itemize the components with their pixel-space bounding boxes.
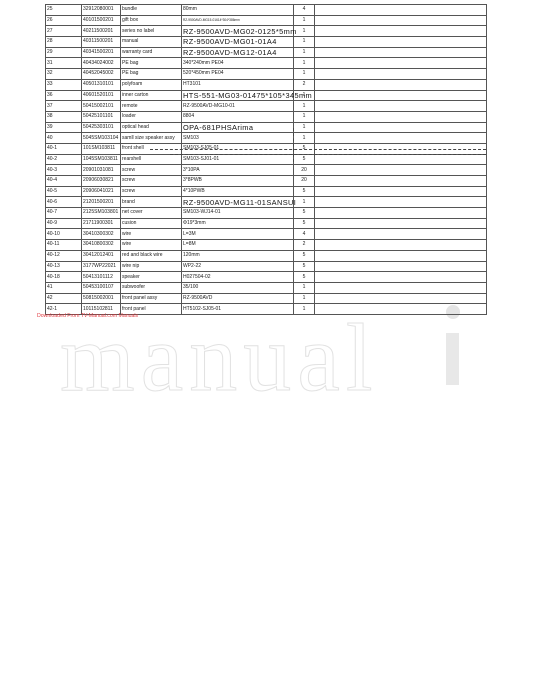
- cell-no: 39: [46, 122, 82, 133]
- cell-spec: 8804: [182, 111, 294, 122]
- cell-code: 21711900301: [82, 218, 121, 229]
- cell-qty: 5: [294, 208, 315, 219]
- cell-remark: [315, 58, 487, 69]
- cell-code: 40452045002: [82, 69, 121, 80]
- cell-spec: Φ19*3mm: [182, 218, 294, 229]
- cell-spec: SM103-SJ01-01: [182, 154, 294, 165]
- cell-no: 32: [46, 69, 82, 80]
- cell-remark: [315, 218, 487, 229]
- cell-code: 101SM103811: [82, 143, 121, 154]
- cell-qty: 20: [294, 176, 315, 187]
- cell-qty: 1: [294, 304, 315, 315]
- table-row: 40-621201500201brandRZ-9500AVD-MG11-01SA…: [46, 197, 487, 208]
- cell-code: 40601520101: [82, 90, 121, 101]
- cell-no: 40-11: [46, 240, 82, 251]
- cell-no: 37: [46, 101, 82, 112]
- table-row: 40-1850413101112speakerH027504-025: [46, 272, 487, 283]
- watermark-text: manual: [60, 318, 480, 398]
- table-row: 3950425303101optical headOPA-681PHSArima…: [46, 122, 487, 133]
- cell-name: rearshell: [121, 154, 182, 165]
- cell-spec: 3*10PA: [182, 165, 294, 176]
- table-row: 40-133177WP22021wire nipWP2-225: [46, 261, 487, 272]
- cell-code: 40501310101: [82, 79, 121, 90]
- table-row: 3140434024002PE bag340*240mm PE041: [46, 58, 487, 69]
- cell-name: series no label: [121, 26, 182, 37]
- cell-remark: [315, 229, 487, 240]
- cell-remark: [315, 26, 487, 37]
- cell-code: 20906041021: [82, 186, 121, 197]
- cell-name: gift box: [121, 15, 182, 26]
- cell-name: brand: [121, 197, 182, 208]
- dashed-annotation-line: [293, 128, 294, 162]
- cell-spec: L=3M: [182, 229, 294, 240]
- cell-spec: 80mm: [182, 5, 294, 16]
- cell-qty: 1: [294, 111, 315, 122]
- cell-no: 40-6: [46, 197, 82, 208]
- cell-no: 40-2: [46, 154, 82, 165]
- table-row: 3750415002101remoteRZ-9500AVD-MG10-011: [46, 101, 487, 112]
- cell-spec: RZ-9500AVD: [182, 293, 294, 304]
- cell-code: 30410800302: [82, 240, 121, 251]
- table-row: 3850425101101loader88041: [46, 111, 487, 122]
- cell-spec: RZ-9500AVD-MG01-01A4: [182, 37, 294, 48]
- cell-qty: 1: [294, 37, 315, 48]
- cell-spec: RZ-9500AVD-MG12-01A4: [182, 47, 294, 58]
- cell-spec: 35/100: [182, 282, 294, 293]
- cell-code: 40311500201: [82, 37, 121, 48]
- cell-name: screw: [121, 176, 182, 187]
- cell-no: 26: [46, 15, 82, 26]
- table-row: 40-320901031081screw3*10PA20: [46, 165, 487, 176]
- table-row: 2640101500201gift boxRZ-9500AVD-MG15-016…: [46, 15, 487, 26]
- cell-remark: [315, 79, 487, 90]
- table-row: 2840311500201manualRZ-9500AVD-MG01-01A41: [46, 37, 487, 48]
- cell-no: 40-1: [46, 143, 82, 154]
- cell-qty: 1: [294, 101, 315, 112]
- cell-spec: L=8M: [182, 240, 294, 251]
- cell-qty: 5: [294, 154, 315, 165]
- cell-remark: [315, 282, 487, 293]
- cell-qty: 1: [294, 15, 315, 26]
- cell-remark: [315, 272, 487, 283]
- cell-no: 40-7: [46, 208, 82, 219]
- table-row: 4250815002001front panel assyRZ-9500AVD1: [46, 293, 487, 304]
- cell-code: 21201500201: [82, 197, 121, 208]
- cell-code: 40434024002: [82, 58, 121, 69]
- cell-name: wire: [121, 240, 182, 251]
- cell-no: 40: [46, 133, 82, 144]
- cell-spec: 520*450mm PE04: [182, 69, 294, 80]
- cell-no: 25: [46, 5, 82, 16]
- cell-qty: 1: [294, 293, 315, 304]
- cell-qty: 5: [294, 250, 315, 261]
- cell-no: 40-10: [46, 229, 82, 240]
- cell-name: red and black wire: [121, 250, 182, 261]
- cell-name: cusion: [121, 218, 182, 229]
- cell-name: screw: [121, 165, 182, 176]
- cell-spec: RZ-9500AVD-MG10-01: [182, 101, 294, 112]
- cell-remark: [315, 165, 487, 176]
- table-row: 40-520906041021screw4*10PWB5: [46, 186, 487, 197]
- watermark-bar: [446, 333, 459, 385]
- cell-remark: [315, 69, 487, 80]
- cell-qty: 1: [294, 197, 315, 208]
- cell-no: 40-5: [46, 186, 82, 197]
- cell-no: 29: [46, 47, 82, 58]
- cell-no: 40-12: [46, 250, 82, 261]
- table-row: 40-1230412012401red and black wire120mm5: [46, 250, 487, 261]
- cell-no: 40-3: [46, 165, 82, 176]
- cell-qty: 5: [294, 218, 315, 229]
- table-row: 40-1030410300302wireL=3M4: [46, 229, 487, 240]
- cell-spec: HTS-551-MG03-01475*105*345mm: [182, 90, 294, 101]
- cell-name: subwoofer: [121, 282, 182, 293]
- cell-remark: [315, 240, 487, 251]
- cell-code: 50425101101: [82, 111, 121, 122]
- cell-no: 36: [46, 90, 82, 101]
- cell-name: loader: [121, 111, 182, 122]
- cell-qty: 1: [294, 282, 315, 293]
- cell-remark: [315, 101, 487, 112]
- cell-remark: [315, 176, 487, 187]
- cell-code: 30410300302: [82, 229, 121, 240]
- cell-spec: H027504-02: [182, 272, 294, 283]
- cell-code: 5045SM103104: [82, 133, 121, 144]
- cell-spec: WP2-22: [182, 261, 294, 272]
- cell-no: 28: [46, 37, 82, 48]
- cell-name: remote: [121, 101, 182, 112]
- cell-remark: [315, 250, 487, 261]
- cell-no: 27: [46, 26, 82, 37]
- dashed-annotation-line: [170, 154, 486, 155]
- cell-no: 42: [46, 293, 82, 304]
- cell-code: 50453100107: [82, 282, 121, 293]
- download-source-notice: Downloaded From TV-Manual.com Manuals: [37, 313, 138, 319]
- cell-code: 20901031081: [82, 165, 121, 176]
- cell-no: 38: [46, 111, 82, 122]
- cell-qty: 1: [294, 69, 315, 80]
- cell-name: warranty card: [121, 47, 182, 58]
- cell-remark: [315, 154, 487, 165]
- cell-qty: 1: [294, 122, 315, 133]
- cell-spec: RZ-9500AVD-MG02-0125*5mm: [182, 26, 294, 37]
- table-row: 2940341500201warranty cardRZ-9500AVD-MG1…: [46, 47, 487, 58]
- cell-spec: 4*10PWB: [182, 186, 294, 197]
- cell-name: bundle: [121, 5, 182, 16]
- cell-code: 40211500201: [82, 26, 121, 37]
- cell-name: manual: [121, 37, 182, 48]
- cell-no: 31: [46, 58, 82, 69]
- cell-no: 40-18: [46, 272, 82, 283]
- table-row: 40-21045SM103811rearshellSM103-SJ01-015: [46, 154, 487, 165]
- dashed-annotation-line: [150, 149, 486, 150]
- cell-code: 32912080001: [82, 5, 121, 16]
- cell-name: inner carton: [121, 90, 182, 101]
- cell-qty: 1: [294, 133, 315, 144]
- cell-no: 40-4: [46, 176, 82, 187]
- cell-name: optical head: [121, 122, 182, 133]
- cell-spec: 3*8PWB: [182, 176, 294, 187]
- cell-remark: [315, 304, 487, 315]
- table-row: 40-420906030821screw3*8PWB20: [46, 176, 487, 187]
- cell-code: 50815002001: [82, 293, 121, 304]
- table-row: 3240452045002PE bag520*450mm PE041: [46, 69, 487, 80]
- cell-spec: SM103-WJ14-01: [182, 208, 294, 219]
- cell-qty: 4: [294, 5, 315, 16]
- table-row: 40-1130410800302wireL=8M2: [46, 240, 487, 251]
- cell-remark: [315, 111, 487, 122]
- cell-remark: [315, 197, 487, 208]
- cell-remark: [315, 186, 487, 197]
- cell-code: 20906030821: [82, 176, 121, 187]
- cell-code: 30412012401: [82, 250, 121, 261]
- cell-qty: 5: [294, 261, 315, 272]
- cell-remark: [315, 261, 487, 272]
- cell-name: polyfoam: [121, 79, 182, 90]
- cell-qty: 2: [294, 79, 315, 90]
- cell-code: 3177WP22021: [82, 261, 121, 272]
- cell-no: 41: [46, 282, 82, 293]
- cell-spec: SM103: [182, 133, 294, 144]
- cell-spec: RZ-9500AVD-MG11-01SANSUI: [182, 197, 294, 208]
- cell-no: 40-13: [46, 261, 82, 272]
- cell-name: wire nip: [121, 261, 182, 272]
- cell-spec: 340*240mm PE04: [182, 58, 294, 69]
- cell-code: 40101500201: [82, 15, 121, 26]
- cell-remark: [315, 15, 487, 26]
- cell-name: net cover: [121, 208, 182, 219]
- table-row: 4150453100107subwoofer35/1001: [46, 282, 487, 293]
- table-row: 40-921711900301cusionΦ19*3mm5: [46, 218, 487, 229]
- cell-code: 50425303101: [82, 122, 121, 133]
- cell-qty: 20: [294, 165, 315, 176]
- cell-remark: [315, 208, 487, 219]
- table-row: 40-72125SM103801net coverSM103-WJ14-015: [46, 208, 487, 219]
- cell-qty: 1: [294, 58, 315, 69]
- cell-name: PE bag: [121, 58, 182, 69]
- cell-remark: [315, 47, 487, 58]
- cell-remark: [315, 5, 487, 16]
- cell-code: 50413101112: [82, 272, 121, 283]
- table-row: 405045SM103104samll size speaker assySM1…: [46, 133, 487, 144]
- cell-spec: HT5102-SJ05-01: [182, 304, 294, 315]
- cell-code: 50415002101: [82, 101, 121, 112]
- cell-no: 40-9: [46, 218, 82, 229]
- cell-spec: 120mm: [182, 250, 294, 261]
- cell-name: PE bag: [121, 69, 182, 80]
- cell-remark: [315, 133, 487, 144]
- cell-code: 1045SM103811: [82, 154, 121, 165]
- cell-qty: 4: [294, 229, 315, 240]
- cell-no: 33: [46, 79, 82, 90]
- table-row: 3640601520101inner cartonHTS-551-MG03-01…: [46, 90, 487, 101]
- cell-code: 2125SM103801: [82, 208, 121, 219]
- cell-spec: OPA-681PHSArima: [182, 122, 294, 133]
- parts-list-body: 2532912080001bundle80mm42640101500201gif…: [46, 5, 487, 315]
- cell-qty: 5: [294, 272, 315, 283]
- parts-list-table: 2532912080001bundle80mm42640101500201gif…: [45, 4, 487, 315]
- cell-name: front panel assy: [121, 293, 182, 304]
- cell-code: 40341500201: [82, 47, 121, 58]
- cell-remark: [315, 90, 487, 101]
- cell-name: screw: [121, 186, 182, 197]
- cell-remark: [315, 293, 487, 304]
- cell-qty: 1: [294, 47, 315, 58]
- cell-remark: [315, 37, 487, 48]
- cell-name: speaker: [121, 272, 182, 283]
- cell-spec: HT3101: [182, 79, 294, 90]
- cell-spec: RZ-9500AVD-MG15-01614*304*386mm: [182, 15, 294, 26]
- cell-remark: [315, 122, 487, 133]
- cell-name: samll size speaker assy: [121, 133, 182, 144]
- table-row: 2740211500201series no labelRZ-9500AVD-M…: [46, 26, 487, 37]
- cell-qty: 5: [294, 186, 315, 197]
- table-row: 3340501310101polyfoamHT31012: [46, 79, 487, 90]
- cell-qty: 2: [294, 240, 315, 251]
- table-row: 2532912080001bundle80mm4: [46, 5, 487, 16]
- cell-name: wire: [121, 229, 182, 240]
